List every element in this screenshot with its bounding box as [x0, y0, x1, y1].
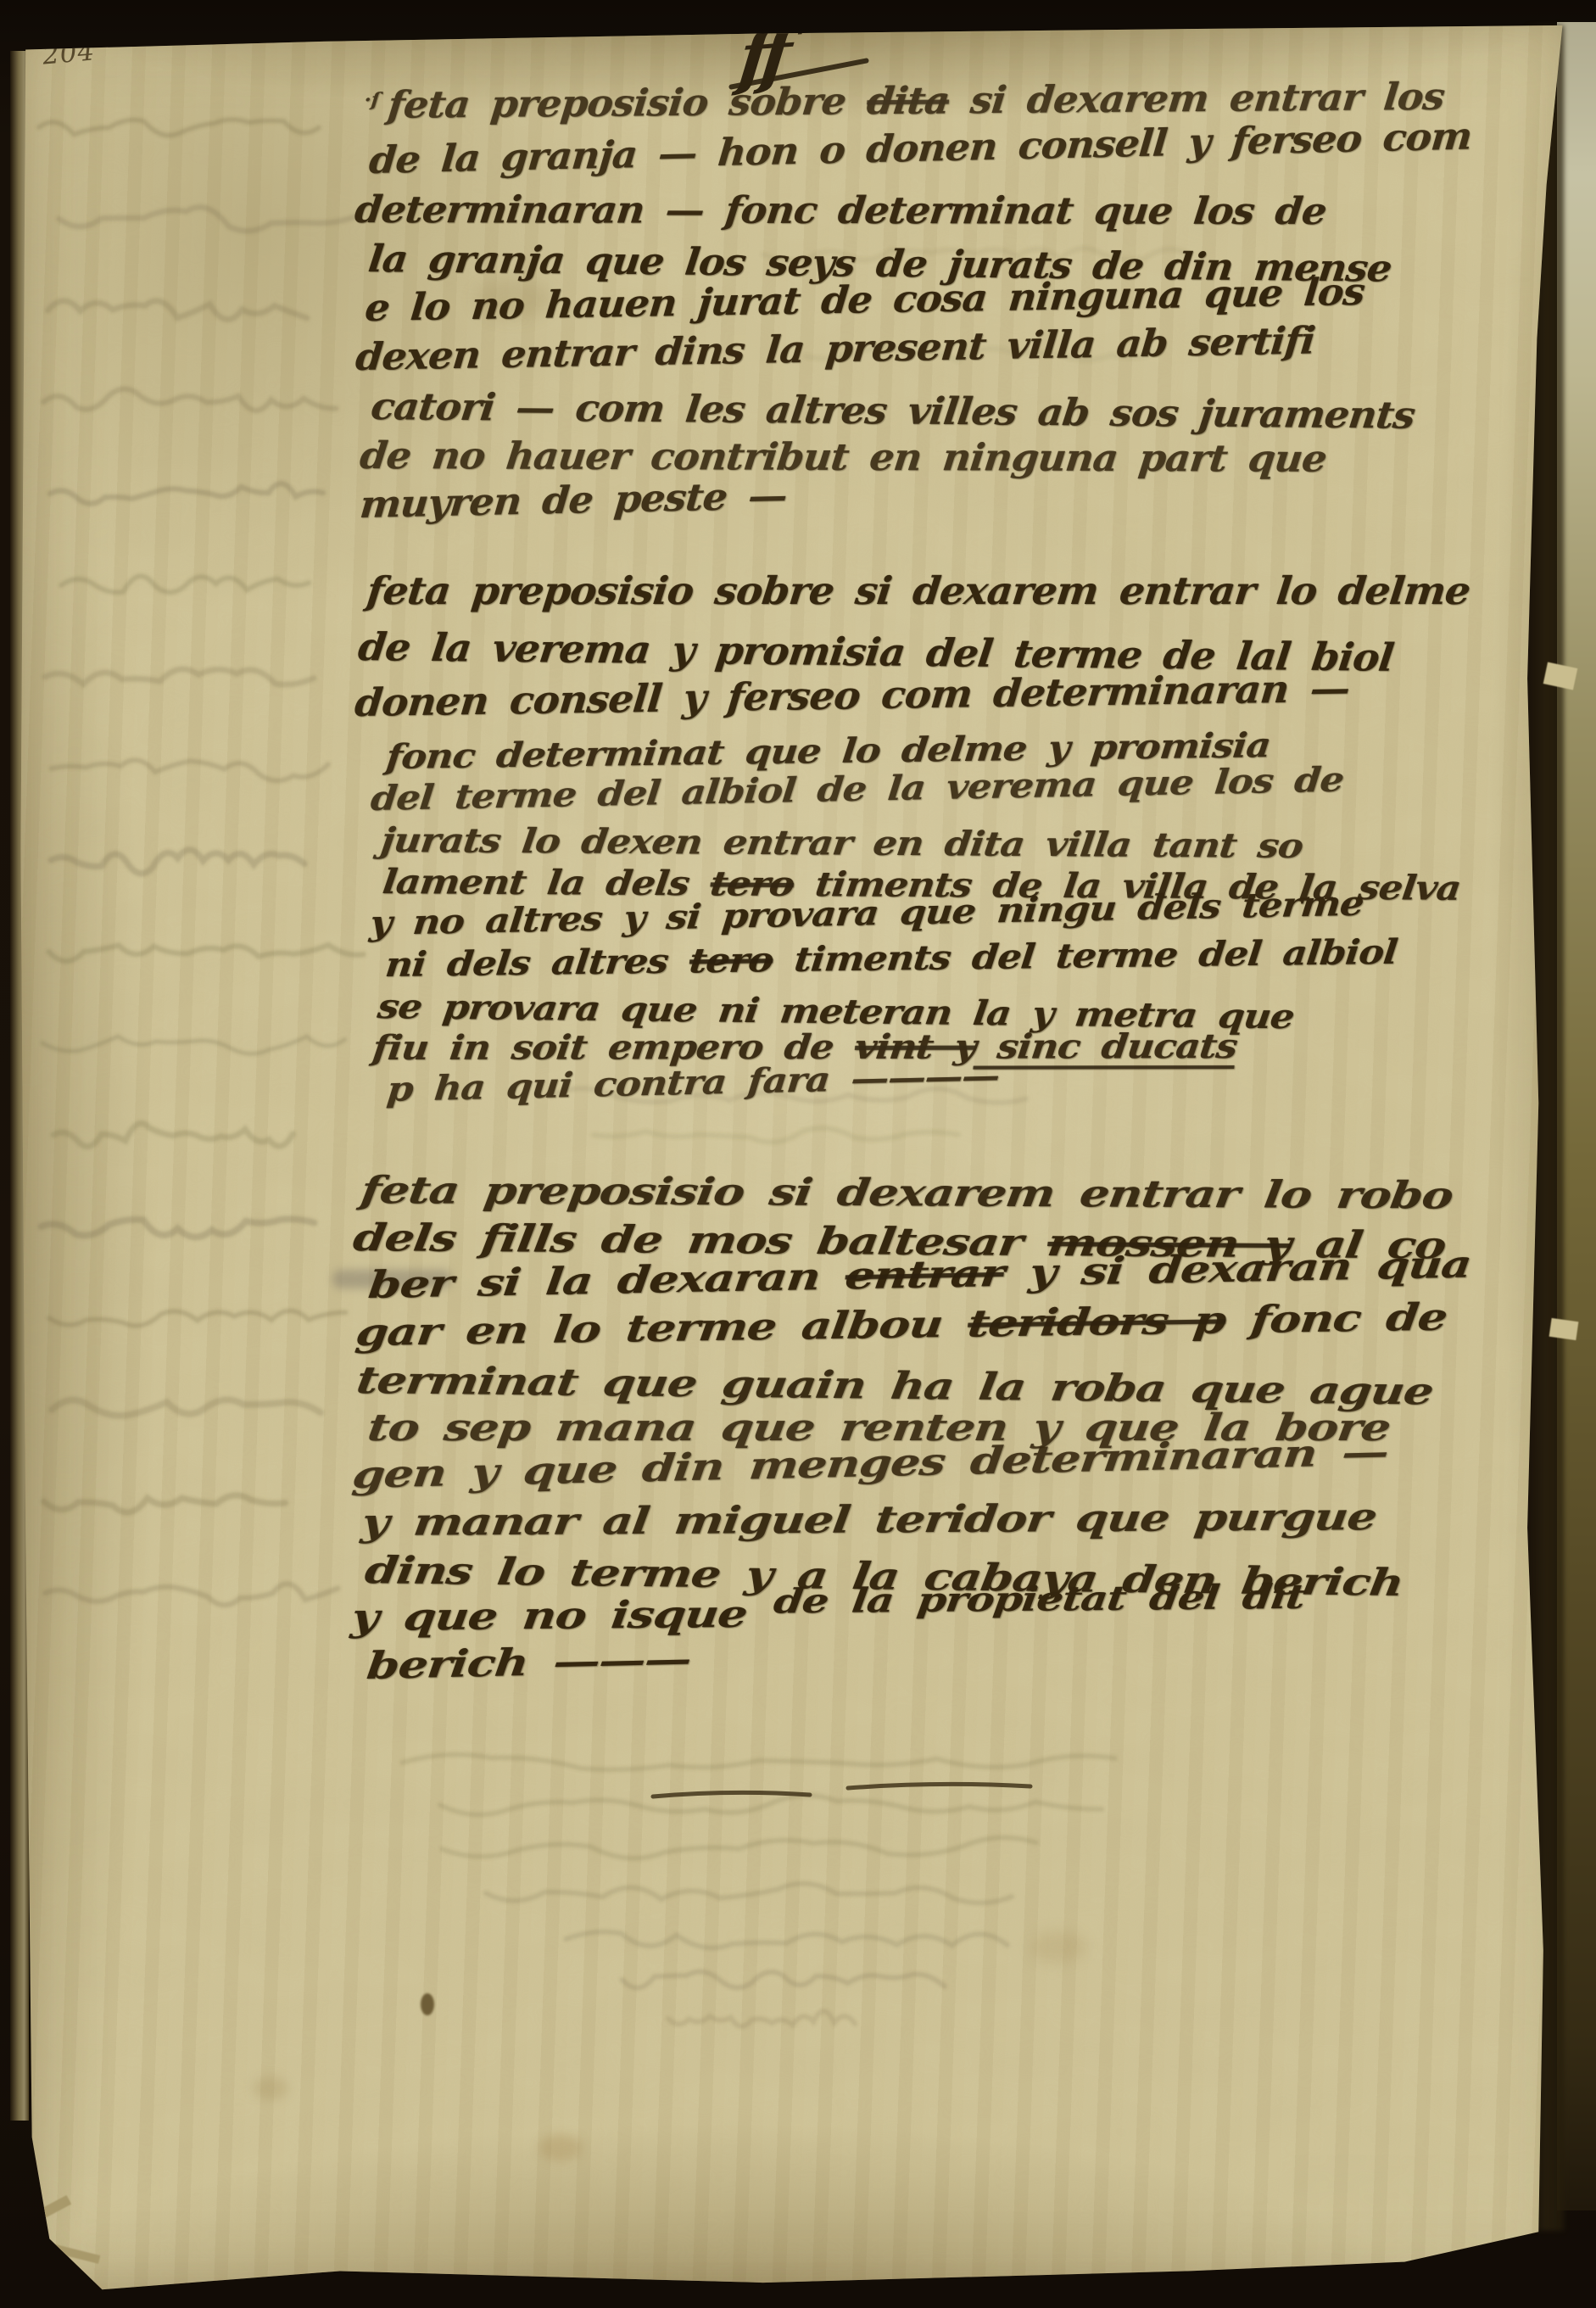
manuscript-line: y manar al miguel teridor que purgue — [359, 1493, 1467, 1547]
ghost-writing-line — [566, 1932, 1007, 1948]
ink-spot-stain — [421, 1993, 434, 2015]
manuscript-segment-struck: teridors p — [965, 1299, 1227, 1345]
manuscript-page: 204 ff ·ſfeta preposisio sobre dita si d… — [0, 0, 1596, 2308]
manuscript-segment-raised: de la propietat del dit — [772, 1578, 1307, 1622]
ghost-writing-line — [61, 576, 309, 592]
ghost-writing-line — [52, 1400, 321, 1416]
manuscript-segment-normal: jurats lo dexen entrar en dita villa tan… — [379, 820, 1305, 866]
torn-corner-flap — [51, 2244, 101, 2264]
foxing-stain — [1031, 1931, 1085, 1963]
text-block-deliberation-delme-albiol: feta preposisio sobre si dexarem entrar … — [360, 563, 1417, 731]
ghost-writing-line — [622, 1971, 945, 1987]
ghost-writing-line — [42, 1219, 315, 1237]
manuscript-segment-normal: feta preposisio si dexarem entrar lo rob… — [358, 1169, 1455, 1217]
manuscript-segment-normal: gar en lo terme albou — [354, 1303, 971, 1355]
manuscript-segment-struck: tero — [688, 940, 775, 981]
manuscript-segment-normal: y manar al miguel teridor que purgue — [360, 1495, 1379, 1545]
ghost-writing-line — [486, 1884, 1012, 1903]
foxing-stain — [253, 2076, 288, 2100]
manuscript-segment-normal: ber si la dexaran — [366, 1255, 848, 1307]
manuscript-segment-normal: feta preposisio sobre — [386, 80, 869, 127]
manuscript-segment-normal: determinaran — fonc determinat que los d… — [353, 188, 1328, 233]
manuscript-segment-normal: donen consell y ferseo com determinaran … — [353, 666, 1351, 725]
text-block-deliberation-granja: ·ſfeta preposisio sobre dita si dexarem … — [363, 81, 1417, 530]
manuscript-line: feta preposisio si dexarem entrar lo rob… — [358, 1167, 1466, 1221]
ghost-writing-line — [53, 1123, 293, 1146]
manuscript-line: jurats lo dexen entrar en dita villa tan… — [379, 819, 1461, 868]
manuscript-segment-mark: ·ſ — [363, 89, 389, 111]
ghost-writing-line — [59, 207, 356, 231]
ghost-writing-line — [403, 1755, 1115, 1770]
torn-corner-flap — [32, 2195, 71, 2222]
ghost-writing-line — [49, 945, 364, 961]
ghost-writing-line — [45, 669, 314, 685]
ghost-writing-line — [42, 1037, 344, 1053]
manuscript-segment-normal: catori — com les altres villes ab sos ju… — [369, 385, 1417, 438]
manuscript-segment-normal: ni dels altres — [383, 941, 692, 985]
ghost-writing-line — [46, 1584, 338, 1605]
ghost-writing-line — [52, 760, 329, 780]
ghost-writing-line — [594, 1128, 958, 1143]
folio-number: 204 — [42, 38, 97, 69]
ink-dash — [848, 1784, 1030, 1788]
ghost-writing-line — [44, 1495, 286, 1512]
ghost-writing-line — [49, 1310, 346, 1326]
ghost-writing-line — [51, 850, 304, 874]
manuscript-segment-struck: dita — [865, 79, 951, 123]
ghost-writing-line — [43, 389, 336, 411]
foxing-stain — [539, 2134, 582, 2161]
manuscript-line: feta preposisio sobre si dexarem entrar … — [364, 563, 1472, 619]
ghost-writing-line — [668, 2011, 855, 2026]
manuscript-segment-normal: muyren de peste — — [358, 474, 788, 527]
text-block-determination-delme-albiol: fonc determinat que lo delme y promisiad… — [378, 736, 1342, 1110]
manuscript-line: determinaran — fonc determinat que los d… — [352, 186, 1459, 237]
manuscript-segment-struck: entrar — [843, 1252, 1006, 1299]
manuscript-segment-normal: y que no isque — [349, 1592, 775, 1640]
manuscript-scan: 204 ff ·ſfeta preposisio sobre dita si d… — [0, 0, 1596, 2308]
manuscript-segment-normal: fonc de — [1223, 1296, 1449, 1343]
text-block-deliberation-roba-berich: feta preposisio si dexarem entrar lo rob… — [360, 1167, 1240, 1690]
manuscript-segment-normal: feta preposisio sobre si dexarem entrar … — [365, 568, 1472, 613]
ghost-writing-line — [50, 483, 323, 504]
ghost-writing-line — [443, 1837, 1036, 1858]
manuscript-segment-normal: timents del terme del albiol — [771, 932, 1399, 980]
ghost-writing-line — [440, 1796, 1102, 1815]
ghost-writing-line — [48, 301, 307, 320]
ink-dash — [653, 1792, 810, 1797]
manuscript-segment-normal: berich ——— — [365, 1638, 693, 1688]
manuscript-segment-normal: y si dexaran qua — [1002, 1243, 1473, 1294]
page-edge-tie — [1549, 1318, 1579, 1340]
ghost-writing-line — [39, 120, 319, 136]
